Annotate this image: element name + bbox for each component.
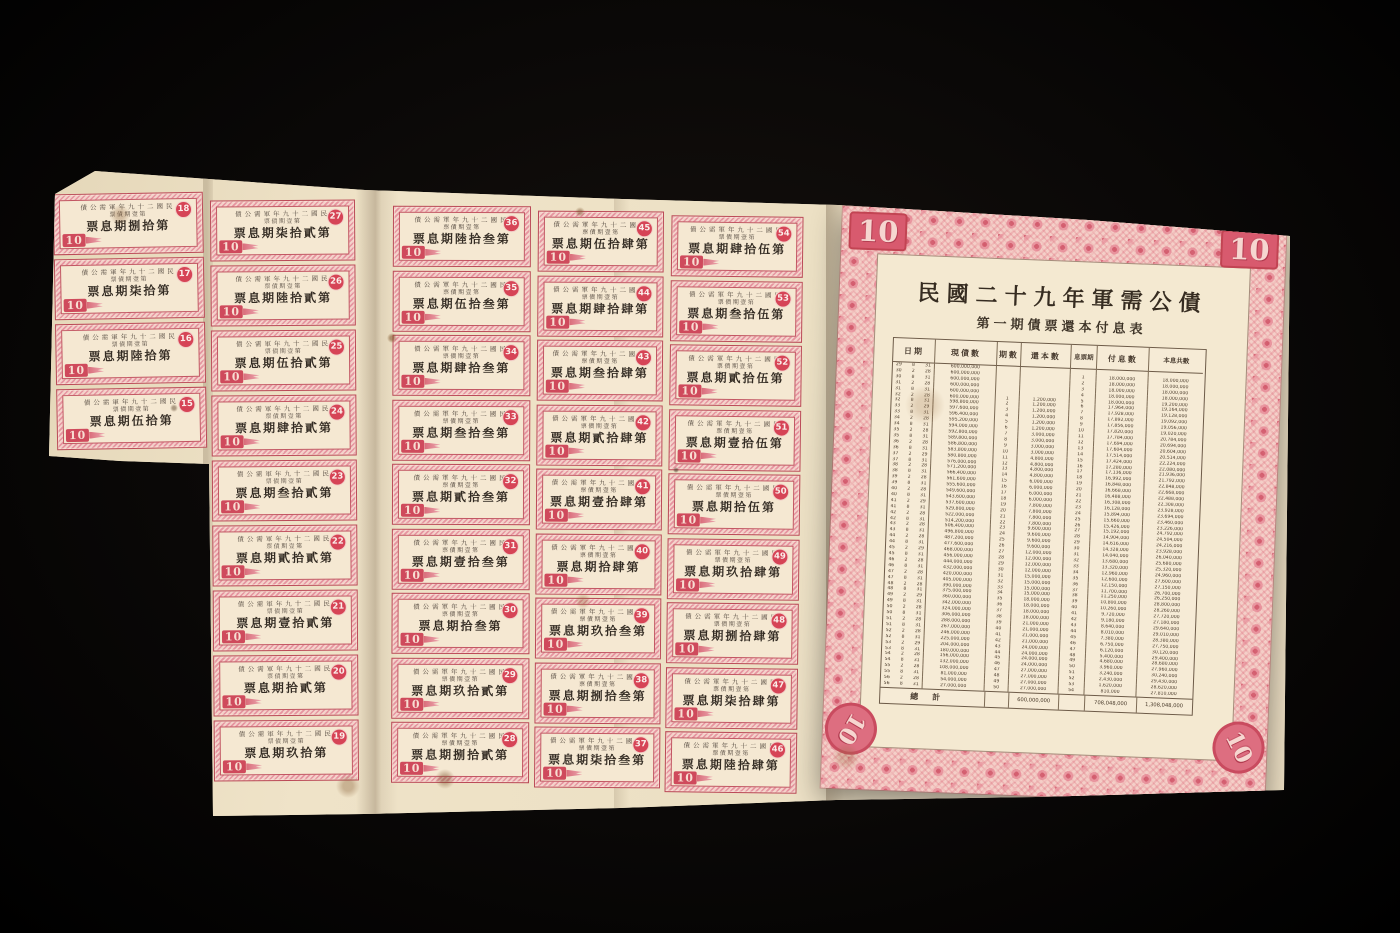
coupon-inner: 債公需軍年九十二國民 票債期壹第 票息期拾伍第 50 10: [674, 479, 795, 529]
total-value: [1059, 695, 1086, 711]
interest-coupon-30: 債公需軍年九十二國民 票債期壹第 票息期拾叁第 30 10: [391, 593, 529, 654]
bond-face: 10 10 10 10 民國二十九年軍需公債 第一期債票還本付息表 日期現債數期…: [821, 206, 1287, 805]
column-header: 息票期數: [1071, 345, 1098, 370]
coupon-denomination: 10: [676, 578, 699, 591]
coupon-denomination: 10: [221, 435, 244, 448]
interest-coupon-26: 債公需軍年九十二國民 票債期壹第 票息期陸拾貳第 26 10: [210, 264, 355, 326]
coupon-inner: 債公需軍年九十二國民 票債期壹第 票息期柒拾貳第 27 10: [216, 206, 349, 256]
coupon-period-label: 票息期陸拾貳第: [218, 291, 349, 307]
coupon-period-label: 票息期貳拾貳第: [219, 551, 350, 567]
coupon-denomination: 10: [401, 504, 424, 517]
interest-coupon-37: 債公需軍年九十二國民 票債期壹第 票息期柒拾叁第 37 10: [534, 727, 660, 789]
interest-coupon-41: 債公需軍年九十二國民 票債期壹第 票息期壹拾肆第 41 10: [536, 469, 662, 531]
coupon-inner: 債公需軍年九十二國民 票債期壹第 票息期貳拾伍第 52 10: [675, 350, 796, 400]
coupon-column-2: 債公需軍年九十二國民 票債期壹第 票息期柒拾貳第 27 10 債公需軍年九十二國…: [210, 200, 359, 786]
coupon-number-badge: 22: [329, 534, 346, 551]
interest-coupon-45: 債公需軍年九十二國民 票債期壹第 票息期伍拾肆第 45 10: [538, 211, 664, 273]
interest-coupon-31: 債公需軍年九十二國民 票債期壹第 票息期壹拾叁第 31 10: [392, 528, 530, 589]
coupon-inner: 債公需軍年九十二國民 票債期壹第 票息期柒拾叁第 37 10: [540, 733, 654, 783]
coupon-denomination: 10: [220, 305, 243, 318]
coupon-inner: 債公需軍年九十二國民 票債期壹第 票息期貳拾貳第 22 10: [218, 531, 351, 581]
coupon-denomination: 10: [400, 633, 423, 646]
coupon-period-label: 票息期柒拾貳第: [217, 226, 348, 242]
coupon-denomination: 10: [674, 707, 697, 720]
coupon-number-badge: 50: [772, 483, 789, 500]
coupon-inner: 債公需軍年九十二國民 票債期壹第 票息期伍拾第 15 10: [62, 393, 201, 444]
coupon-period-label: 票息期捌拾叁第: [542, 688, 654, 704]
interest-coupon-40: 債公需軍年九十二國民 票債期壹第 票息期拾肆第 40 10: [535, 533, 661, 595]
coupon-inner: 債公需軍年九十二國民 票債期壹第 票息期陸拾貳第 26 10: [216, 271, 349, 321]
coupon-inner: 債公需軍年九十二國民 票債期壹第 票息期玖拾第 19 10: [220, 726, 353, 776]
coupon-denomination: 10: [402, 246, 425, 259]
coupon-inner: 債公需軍年九十二國民 票債期壹第 票息期陸拾叁第 36 10: [399, 212, 525, 261]
denomination-top-left: 10: [848, 211, 908, 251]
interest-coupon-19: 債公需軍年九十二國民 票債期壹第 票息期玖拾第 19 10: [214, 719, 359, 781]
coupon-inner: 債公需軍年九十二國民 票債期壹第 票息期玖拾肆第 49 10: [673, 544, 794, 594]
coupon-denomination: 10: [222, 565, 245, 578]
coupon-inner: 債公需軍年九十二國民 票債期壹第 票息期捌拾叁第 38 10: [540, 668, 654, 718]
coupon-denomination: 10: [674, 771, 697, 784]
coupon-denomination: 10: [679, 320, 702, 333]
coupon-inner: 債公需軍年九十二國民 票債期壹第 票息期伍拾叁第 35 10: [399, 276, 525, 325]
interest-coupon-43: 債公需軍年九十二國民 票債期壹第 票息期叁拾肆第 43 10: [537, 340, 663, 402]
coupon-denomination: 10: [220, 370, 243, 383]
coupon-number-badge: 33: [502, 409, 519, 426]
coupon-inner: 債公需軍年九十二國民 票債期壹第 票息期叁拾貳第 23 10: [218, 466, 351, 516]
column-header: 付息數: [1097, 346, 1150, 372]
coupon-number-badge: 45: [636, 220, 653, 237]
total-label: 總計: [880, 688, 985, 707]
interest-coupon-51: 債公需軍年九十二國民 票債期壹第 票息期壹拾伍第 51 10: [668, 409, 801, 472]
interest-coupon-34: 債公需軍年九十二國民 票債期壹第 票息期肆拾叁第 34 10: [392, 335, 530, 396]
coupon-denomination: 10: [547, 251, 570, 264]
coupon-number-badge: 41: [634, 478, 651, 495]
coupon-inner: 債公需軍年九十二國民 票債期壹第 票息期肆拾肆第 44 10: [543, 281, 657, 331]
interest-coupon-48: 債公需軍年九十二國民 票債期壹第 票息期捌拾肆第 48 10: [666, 602, 799, 665]
coupon-denomination: 10: [544, 638, 567, 651]
interest-coupon-27: 債公需軍年九十二國民 票債期壹第 票息期柒拾貳第 27 10: [210, 200, 355, 262]
coupon-denomination: 10: [546, 315, 569, 328]
interest-coupon-17: 債公需軍年九十二國民 票債期壹第 票息期柒拾第 17 10: [54, 257, 205, 321]
coupon-number-badge: 19: [331, 729, 348, 746]
coupon-denomination: 10: [544, 573, 567, 586]
coupon-inner: 債公需軍年九十二國民 票債期壹第 票息期肆拾貳第 24 10: [217, 401, 350, 451]
coupon-denomination: 10: [66, 429, 90, 442]
coupon-number-badge: 44: [635, 285, 652, 302]
coupon-denomination: 10: [678, 449, 701, 462]
column-header: 期數: [997, 342, 1022, 367]
coupon-period-label: 票息期肆拾貳第: [219, 421, 350, 437]
document-paper: 債公需軍年九十二國民 票債期壹第 票息期捌拾第 18 10 債公需軍年九十二國民…: [0, 0, 1400, 933]
interest-coupon-15: 債公需軍年九十二國民 票債期壹第 票息期伍拾第 15 10: [56, 387, 207, 451]
bond-inner-panel: 民國二十九年軍需公債 第一期債票還本付息表 日期現債數期數還本數息票期數付息數本…: [858, 253, 1251, 761]
interest-coupon-50: 債公需軍年九十二國民 票債期壹第 票息期拾伍第 50 10: [668, 473, 801, 536]
interest-coupon-39: 債公需軍年九十二國民 票債期壹第 票息期玖拾叁第 39 10: [535, 598, 661, 660]
coupon-number-badge: 30: [502, 602, 519, 619]
coupon-denomination: 10: [402, 310, 425, 323]
coupon-column-3: 債公需軍年九十二國民 票債期壹第 票息期陸拾叁第 36 10 債公需軍年九十二國…: [391, 206, 531, 787]
interest-coupon-36: 債公需軍年九十二國民 票債期壹第 票息期陸拾叁第 36 10: [393, 206, 531, 267]
coupon-period-label: 票息期叁拾叁第: [399, 425, 523, 440]
coupon-period-label: 票息期肆拾肆第: [544, 301, 656, 317]
interest-coupon-25: 債公需軍年九十二國民 票債期壹第 票息期伍拾貳第 25 10: [211, 329, 356, 391]
coupon-denomination: 10: [545, 509, 568, 522]
interest-coupon-22: 債公需軍年九十二國民 票債期壹第 票息期貳拾貳第 22 10: [212, 524, 357, 586]
coupon-number-badge: 28: [501, 731, 518, 748]
column-header: 現債數: [935, 340, 998, 366]
coupon-number-badge: 54: [775, 225, 792, 242]
total-value: 1,308,048,000: [1137, 698, 1192, 715]
coupon-number-badge: 37: [632, 736, 649, 753]
coupon-period-label: 票息期叁拾貳第: [219, 486, 350, 502]
total-value: 708,048,000: [1085, 696, 1138, 713]
interest-coupon-33: 債公需軍年九十二國民 票債期壹第 票息期叁拾叁第 33 10: [392, 399, 530, 460]
coupon-period-label: 票息期拾貳第: [220, 681, 351, 697]
coupon-inner: 債公需軍年九十二國民 票債期壹第 票息期壹拾叁第 31 10: [398, 534, 524, 583]
coupon-number-badge: 27: [327, 209, 344, 226]
coupon-denomination: 10: [543, 767, 566, 780]
coupon-denomination: 10: [401, 375, 424, 388]
interest-coupon-53: 債公需軍年九十二國民 票債期壹第 票息期叁拾伍第 53 10: [670, 280, 803, 343]
coupon-inner: 債公需軍年九十二國民 票債期壹第 票息期叁拾叁第 33 10: [398, 405, 524, 454]
interest-coupon-20: 債公需軍年九十二國民 票債期壹第 票息期拾貳第 20 10: [213, 654, 358, 716]
interest-coupon-42: 債公需軍年九十二國民 票債期壹第 票息期貳拾肆第 42 10: [536, 404, 662, 466]
interest-coupon-54: 債公需軍年九十二國民 票債期壹第 票息期肆拾伍第 54 10: [671, 215, 804, 278]
interest-coupon-29: 債公需軍年九十二國民 票債期壹第 票息期玖拾貳第 29 10: [391, 657, 529, 718]
coupon-number-badge: 53: [774, 290, 791, 307]
coupon-period-label: 票息期伍拾第: [64, 413, 200, 430]
coupon-period-label: 票息期伍拾貳第: [218, 356, 349, 372]
coupon-inner: 債公需軍年九十二國民 票債期壹第 票息期陸拾第 16 10: [61, 328, 200, 379]
interest-coupon-46: 債公需軍年九十二國民 票債期壹第 票息期陸拾肆第 46 10: [665, 731, 798, 794]
coupon-inner: 債公需軍年九十二國民 票債期壹第 票息期捌拾第 18 10: [59, 198, 198, 249]
coupon-number-badge: 35: [503, 280, 520, 297]
total-value: [985, 692, 1010, 708]
coupon-column-1: 債公需軍年九十二國民 票債期壹第 票息期捌拾第 18 10 債公需軍年九十二國民…: [53, 192, 208, 455]
coupon-denomination: 10: [400, 762, 423, 775]
coupon-number-badge: 48: [770, 612, 787, 629]
coupon-denomination: 10: [544, 702, 567, 715]
coupon-denomination: 10: [223, 760, 246, 773]
coupon-inner: 債公需軍年九十二國民 票債期壹第 票息期貳拾肆第 42 10: [542, 410, 656, 460]
denomination-top-right: 10: [1220, 230, 1280, 270]
coupon-number-badge: 29: [501, 667, 518, 684]
coupon-number-badge: 34: [502, 344, 519, 361]
coupon-number-badge: 51: [773, 419, 790, 436]
interest-coupon-24: 債公需軍年九十二國民 票債期壹第 票息期肆拾貳第 24 10: [211, 394, 356, 456]
coupon-number-badge: 52: [774, 354, 791, 371]
coupon-column-4: 債公需軍年九十二國民 票債期壹第 票息期伍拾肆第 45 10 債公需軍年九十二國…: [534, 211, 664, 792]
coupon-period-label: 票息期拾肆第: [542, 559, 654, 575]
total-value: 600,000,000: [1009, 693, 1060, 710]
coupon-period-label: 票息期壹拾叁第: [399, 554, 523, 569]
coupon-denomination: 10: [401, 568, 424, 581]
coupon-period-label: 票息期捌拾第: [60, 218, 196, 235]
coupon-number-badge: 23: [329, 469, 346, 486]
coupon-number-badge: 43: [635, 349, 652, 366]
coupon-inner: 債公需軍年九十二國民 票債期壹第 票息期陸拾肆第 46 10: [671, 737, 792, 787]
coupon-inner: 債公需軍年九十二國民 票債期壹第 票息期壹拾伍第 51 10: [675, 415, 796, 465]
coupon-period-label: 票息期玖拾第: [221, 746, 352, 762]
coupon-number-badge: 25: [328, 339, 345, 356]
coupon-number-badge: 42: [634, 414, 651, 431]
interest-coupon-16: 債公需軍年九十二國民 票債期壹第 票息期陸拾第 16 10: [55, 322, 206, 386]
coupon-column-5: 債公需軍年九十二國民 票債期壹第 票息期肆拾伍第 54 10 債公需軍年九十二國…: [664, 215, 803, 797]
coupon-denomination: 10: [677, 513, 700, 526]
column-header: 日期: [893, 338, 936, 364]
interest-coupon-52: 債公需軍年九十二國民 票債期壹第 票息期貳拾伍第 52 10: [669, 344, 802, 407]
coupon-number-badge: 46: [769, 741, 786, 758]
interest-coupon-32: 債公需軍年九十二國民 票債期壹第 票息期貳拾叁第 32 10: [392, 464, 530, 525]
coupon-inner: 債公需軍年九十二國民 票債期壹第 票息期伍拾肆第 45 10: [544, 217, 658, 267]
coupon-denomination: 10: [680, 255, 703, 268]
coupon-number-badge: 32: [502, 473, 519, 490]
interest-coupon-44: 債公需軍年九十二國民 票債期壹第 票息期肆拾肆第 44 10: [537, 275, 663, 337]
coupon-number-badge: 21: [330, 599, 347, 616]
coupon-number-badge: 31: [502, 538, 519, 555]
coupon-inner: 債公需軍年九十二國民 票債期壹第 票息期拾貳第 20 10: [219, 661, 352, 711]
coupon-inner: 債公需軍年九十二國民 票債期壹第 票息期玖拾貳第 29 10: [397, 663, 523, 712]
coupon-inner: 債公需軍年九十二國民 票債期壹第 票息期肆拾伍第 54 10: [677, 221, 798, 271]
interest-coupon-35: 債公需軍年九十二國民 票債期壹第 票息期伍拾叁第 35 10: [393, 270, 531, 331]
coupon-period-label: 票息期貳拾肆第: [543, 430, 655, 446]
coupon-number-badge: 24: [328, 404, 345, 421]
coupon-inner: 債公需軍年九十二國民 票債期壹第 票息期拾肆第 40 10: [541, 539, 655, 589]
coupon-inner: 債公需軍年九十二國民 票債期壹第 票息期叁拾肆第 43 10: [543, 346, 657, 396]
coupon-inner: 債公需軍年九十二國民 票債期壹第 票息期玖拾叁第 39 10: [541, 604, 655, 654]
coupon-inner: 債公需軍年九十二國民 票債期壹第 票息期壹拾肆第 41 10: [542, 475, 656, 525]
coupon-period-label: 票息期伍拾叁第: [400, 296, 524, 311]
coupon-denomination: 10: [64, 299, 88, 312]
coupon-inner: 債公需軍年九十二國民 票債期壹第 票息期柒拾第 17 10: [60, 263, 199, 314]
coupon-period-label: 票息期玖拾貳第: [398, 683, 522, 698]
coupon-inner: 債公需軍年九十二國民 票債期壹第 票息期叁拾伍第 53 10: [676, 286, 797, 336]
interest-coupon-38: 債公需軍年九十二國民 票債期壹第 票息期捌拾叁第 38 10: [534, 662, 660, 724]
coupon-number-badge: 40: [634, 543, 651, 560]
column-header: 還本數: [1021, 343, 1072, 369]
coupon-denomination: 10: [400, 697, 423, 710]
coupon-number-badge: 38: [633, 672, 650, 689]
coupon-inner: 債公需軍年九十二國民 票債期壹第 票息期貳拾叁第 32 10: [398, 470, 524, 519]
coupon-denomination: 10: [65, 364, 89, 377]
coupon-number-badge: 47: [770, 677, 787, 694]
table-cell: 54: [1058, 688, 1084, 695]
coupon-inner: 債公需軍年九十二國民 票債期壹第 票息期壹拾貳第 21 10: [219, 596, 352, 646]
interest-coupon-49: 債公需軍年九十二國民 票債期壹第 票息期玖拾肆第 49 10: [667, 538, 800, 601]
interest-coupon-21: 債公需軍年九十二國民 票債期壹第 票息期壹拾貳第 21 10: [213, 589, 358, 651]
table-cell: 50: [985, 685, 1009, 692]
column-header: 本息共數: [1149, 348, 1204, 374]
interest-coupon-47: 債公需軍年九十二國民 票債期壹第 票息期柒拾肆第 47 10: [665, 667, 798, 730]
photo-of-bond-certificate: { "bond": { "title": "民國二十九年軍需公債", "subt…: [0, 0, 1400, 933]
coupon-denomination: 10: [222, 695, 245, 708]
interest-coupon-18: 債公需軍年九十二國民 票債期壹第 票息期捌拾第 18 10: [53, 192, 204, 256]
coupon-denomination: 10: [678, 384, 701, 397]
coupon-denomination: 10: [219, 240, 242, 253]
coupon-period-label: 票息期陸拾第: [62, 348, 198, 365]
coupon-denomination: 10: [546, 380, 569, 393]
coupon-period-label: 票息期壹拾貳第: [220, 616, 351, 632]
coupon-inner: 債公需軍年九十二國民 票債期壹第 票息期柒拾肆第 47 10: [671, 673, 792, 723]
coupon-inner: 債公需軍年九十二國民 票債期壹第 票息期伍拾貳第 25 10: [217, 336, 350, 386]
coupon-denomination: 10: [675, 642, 698, 655]
coupon-number-badge: 49: [771, 548, 788, 565]
coupon-period-label: 票息期柒拾第: [61, 283, 197, 300]
coupon-inner: 債公需軍年九十二國民 票債期壹第 票息期捌拾貳第 28 10: [397, 728, 523, 777]
coupon-number-badge: 20: [330, 664, 347, 681]
coupon-number-badge: 26: [327, 274, 344, 291]
coupon-inner: 債公需軍年九十二國民 票債期壹第 票息期肆拾叁第 34 10: [398, 341, 524, 390]
interest-coupon-23: 債公需軍年九十二國民 票債期壹第 票息期叁拾貳第 23 10: [212, 459, 357, 521]
coupon-inner: 債公需軍年九十二國民 票債期壹第 票息期捌拾肆第 48 10: [672, 608, 793, 658]
payment-table: 日期現債數期數還本數息票期數付息數本息共數 29831600,000,00030…: [879, 337, 1207, 716]
coupon-number-badge: 36: [503, 215, 520, 232]
coupon-denomination: 10: [545, 444, 568, 457]
coupon-denomination: 10: [401, 439, 424, 452]
coupon-denomination: 10: [221, 500, 244, 513]
coupon-inner: 債公需軍年九十二國民 票債期壹第 票息期拾叁第 30 10: [397, 599, 523, 648]
coupon-number-badge: 39: [633, 607, 650, 624]
payment-table-body: 29831600,000,00030228600,000,000118,000,…: [881, 362, 1205, 699]
coupon-denomination: 10: [222, 630, 245, 643]
coupon-denomination: 10: [62, 234, 86, 247]
interest-coupon-28: 債公需軍年九十二國民 票債期壹第 票息期捌拾貳第 28 10: [391, 722, 529, 783]
